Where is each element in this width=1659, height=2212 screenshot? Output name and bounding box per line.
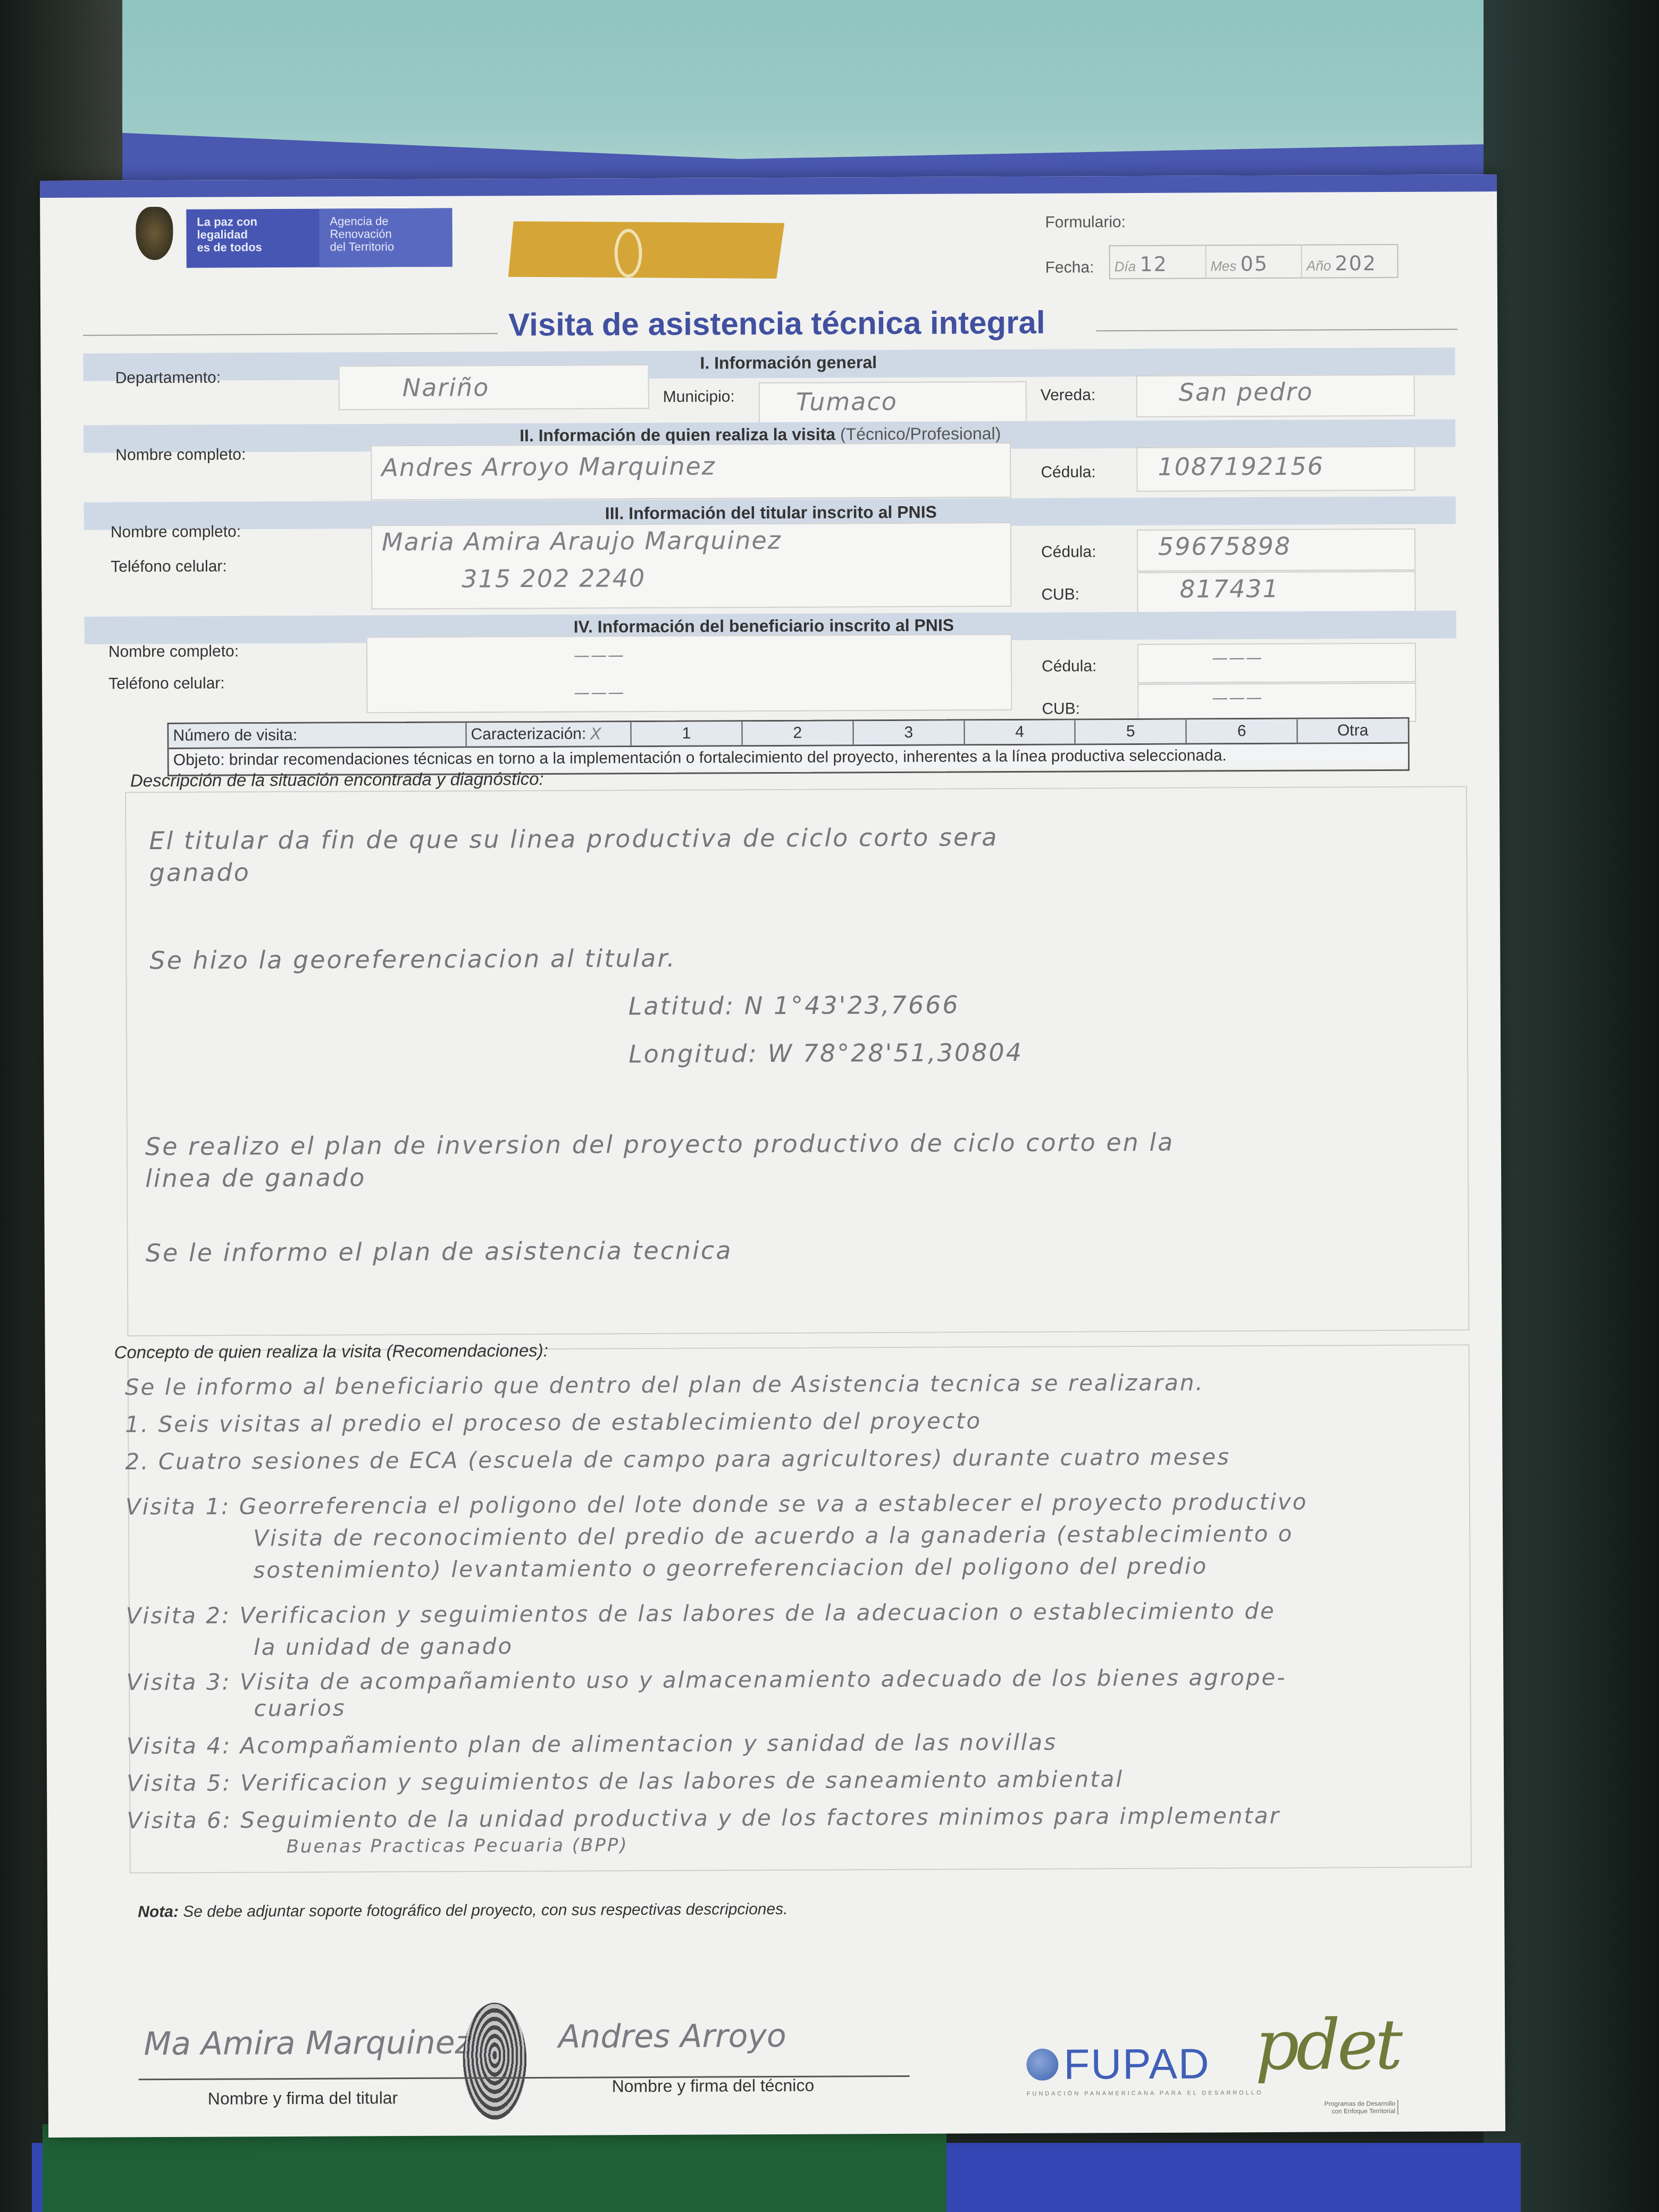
pdet-logo: pdet [1255, 2004, 1400, 2085]
tecnico-cedula-label: Cédula: [1041, 463, 1096, 481]
fecha-field[interactable]: Día 12 Mes 05 Año 202 [1109, 244, 1398, 279]
departamento-field[interactable] [339, 364, 649, 410]
fecha-dia[interactable]: Día 12 [1110, 246, 1206, 278]
beneficiario-cedula-empty: ——— [1212, 649, 1263, 667]
beneficiario-nombre-label: Nombre completo: [108, 642, 239, 661]
gov-logo-left-text: La paz con legalidad es de todos [186, 209, 319, 268]
fupad-subtitle: FUNDACIÓN PANAMERICANA PARA EL DESARROLL… [1027, 2090, 1263, 2097]
visit-option-6[interactable]: 6 [1187, 719, 1298, 743]
fupad-logo: FUPAD [1026, 2039, 1210, 2089]
titular-cub-label: CUB: [1041, 585, 1079, 604]
descripcion-line: Longitud: W 78°28'51,30804 [629, 1038, 1023, 1068]
visit-option-3[interactable]: 3 [853, 720, 965, 744]
anio-value: 202 [1335, 252, 1377, 275]
descripcion-line: ganado [149, 858, 250, 887]
concepto-line: Visita 4: Acompañamiento plan de aliment… [127, 1729, 1057, 1759]
nota-label: Nota: [138, 1903, 179, 1921]
fupad-name: FUPAD [1063, 2039, 1210, 2089]
section2-heading-suffix: (Técnico/Profesional) [840, 424, 1001, 443]
municipio-value: Tumaco [796, 387, 898, 416]
visit-option-4[interactable]: 4 [965, 720, 1076, 744]
tecnico-nombre-label: Nombre completo: [115, 446, 246, 464]
pdet-subtitle: Programas de Desarrollo con Enfoque Terr… [1325, 2100, 1399, 2115]
beneficiario-cedula-label: Cédula: [1042, 657, 1097, 675]
descripcion-title: Descripción de la situación encontrada y… [130, 769, 544, 791]
colombia-shield-icon [136, 207, 173, 260]
concepto-title: Concepto de quien realiza la visita (Rec… [114, 1340, 548, 1363]
dia-value: 12 [1139, 253, 1168, 276]
concepto-line: Visita 2: Verificacion y seguimientos de… [126, 1598, 1276, 1629]
concepto-line: Se le informo al beneficiario que dentro… [125, 1369, 1204, 1400]
concepto-line: Buenas Practicas Pecuaria (BPP) [287, 1834, 629, 1857]
dia-label: Día [1115, 258, 1136, 274]
firma-tecnico-label: Nombre y firma del técnico [612, 2076, 815, 2097]
concepto-line: Visita 1: Georreferencia el poligono del… [125, 1489, 1308, 1520]
titular-cedula-value: 59675898 [1158, 532, 1291, 561]
descripcion-line: Latitud: N 1°43'23,7666 [629, 990, 960, 1020]
titular-nombre-label: Nombre completo: [111, 523, 241, 541]
tecnico-nombre-value: Andres Arroyo Marquinez [381, 451, 716, 482]
vereda-label: Vereda: [1041, 386, 1096, 404]
caracterizacion-mark: X [590, 725, 602, 743]
descripcion-line: Se le informo el plan de asistencia tecn… [146, 1236, 733, 1267]
concepto-line: cuarios [254, 1695, 346, 1722]
titular-telefono-label: Teléfono celular: [111, 557, 227, 576]
descripcion-line: El titular da fin de que su linea produc… [149, 823, 998, 855]
nota-text: Nota: Se debe adjuntar soporte fotográfi… [138, 1900, 787, 1921]
caracterizacion-option[interactable]: Caracterización: X [466, 722, 631, 746]
titular-nombre-value: Maria Amira Araujo Marquinez [382, 526, 782, 556]
beneficiario-cub-label: CUB: [1042, 700, 1080, 718]
gov-logo-right-text: Agencia de Renovación del Territorio [319, 208, 452, 267]
beneficiario-nombre-empty: ——— [574, 646, 625, 665]
numero-visita-label: Número de visita: [169, 723, 466, 748]
titular-cedula-label: Cédula: [1041, 543, 1096, 561]
descripcion-line: Se realizo el plan de inversion del proy… [145, 1128, 1175, 1161]
caracterizacion-label: Caracterización: [471, 725, 586, 744]
titular-cub-value: 817431 [1179, 574, 1279, 604]
concepto-line: sostenimiento) levantamiento o georrefer… [253, 1553, 1208, 1583]
form-sheet: La paz con legalidad es de todos Agencia… [40, 174, 1505, 2138]
background-right [1484, 0, 1659, 2212]
section3-heading: III. Información del titular inscrito al… [605, 502, 937, 524]
concepto-line: 1. Seis visitas al predio el proceso de … [125, 1407, 982, 1437]
fecha-mes[interactable]: Mes 05 [1206, 246, 1302, 278]
objeto-text: Objeto: brindar recomendaciones técnicas… [169, 744, 1408, 772]
vereda-value: San pedro [1179, 378, 1313, 407]
beneficiario-nombre-telefono-field[interactable] [366, 634, 1012, 713]
gov-logo: La paz con legalidad es de todos Agencia… [186, 208, 452, 268]
concepto-line: 2. Cuatro sesiones de ECA (escuela de ca… [125, 1444, 1230, 1474]
firma-tecnico-signature: Andres Arroyo [558, 2017, 786, 2056]
section2-heading-text: II. Información de quien realiza la visi… [520, 424, 835, 445]
descripcion-line: Se hizo la georeferenciacion al titular. [149, 944, 676, 975]
section1-heading: I. Información general [700, 353, 877, 373]
visit-option-otra[interactable]: Otra [1298, 719, 1408, 743]
firma-titular-signature: Ma Amira Marquinez [144, 2024, 472, 2063]
concepto-line: Visita 6: Seguimiento de la unidad produ… [127, 1803, 1280, 1833]
municipio-label: Municipio: [663, 388, 735, 406]
fingerprint-icon [463, 2002, 527, 2120]
anio-label: Año [1306, 257, 1331, 273]
beneficiario-cub-empty: ——— [1212, 689, 1263, 707]
title-rule-left [83, 333, 498, 336]
folder-background [122, 0, 1494, 160]
departamento-label: Departamento: [115, 369, 221, 388]
concepto-line: Visita 5: Verificacion y seguimientos de… [127, 1766, 1124, 1796]
fecha-label: Fecha: [1045, 258, 1094, 276]
beneficiario-cedula-field[interactable] [1137, 643, 1416, 683]
titular-telefono-value: 315 202 2240 [462, 564, 646, 593]
concepto-line: Visita 3: Visita de acompañamiento uso y… [126, 1664, 1286, 1696]
firma-titular-label: Nombre y firma del titular [208, 2088, 398, 2109]
concepto-line: la unidad de ganado [254, 1633, 513, 1660]
beneficiario-telefono-label: Teléfono celular: [108, 674, 225, 693]
page-title: Visita de asistencia técnica integral [508, 304, 1045, 343]
tecnico-cedula-value: 1087192156 [1158, 451, 1324, 481]
art-logo-icon [508, 220, 784, 280]
visit-option-5[interactable]: 5 [1076, 720, 1187, 744]
beneficiario-telefono-empty: ——— [574, 683, 625, 702]
visit-option-1[interactable]: 1 [631, 722, 742, 745]
concepto-line: Visita de reconocimiento del predio de a… [253, 1521, 1293, 1552]
descripcion-line: linea de ganado [145, 1163, 366, 1193]
globe-icon [1026, 2049, 1058, 2081]
visit-number-table: Número de visita: Caracterización: X 1 2… [167, 717, 1409, 776]
mes-label: Mes [1210, 258, 1236, 274]
title-rule-right [1096, 329, 1457, 331]
section4-heading: IV. Información del beneficiario inscrit… [574, 616, 954, 637]
visit-option-2[interactable]: 2 [742, 721, 853, 745]
mes-value: 05 [1241, 252, 1269, 275]
departamento-value: Nariño [403, 373, 490, 402]
formulario-label: Formulario: [1045, 213, 1126, 232]
nota-body: Se debe adjuntar soporte fotográfico del… [179, 1900, 788, 1921]
fecha-anio[interactable]: Año 202 [1302, 245, 1397, 278]
